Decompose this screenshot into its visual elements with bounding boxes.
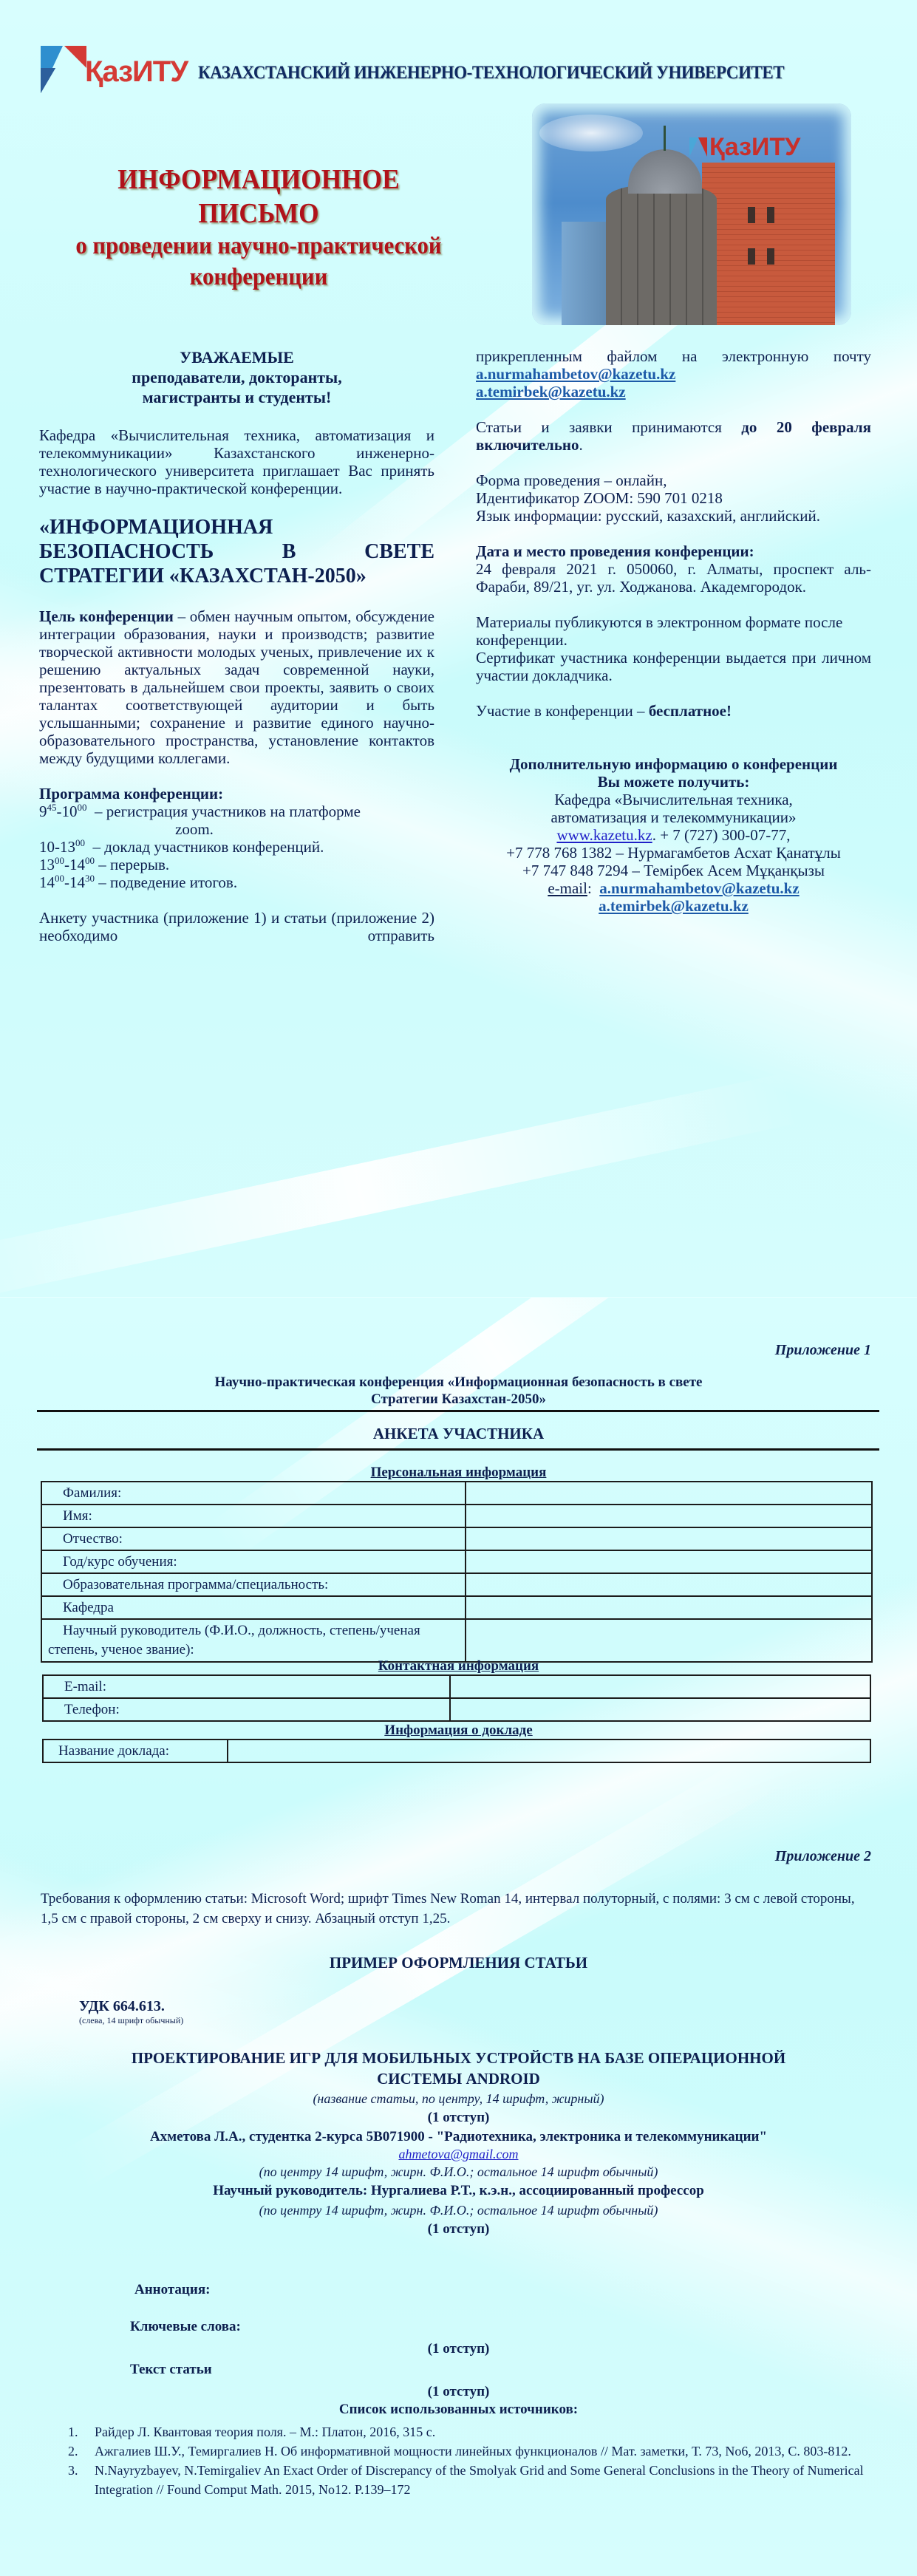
conference-name: «ИНФОРМАЦИОННАЯ БЕЗОПАСНОСТЬ В СВЕТЕ СТР… (39, 515, 434, 588)
article-text-label: Текст статьи (130, 2362, 426, 2378)
background-swoosh (0, 1072, 799, 1297)
website-link[interactable]: www.kazetu.kz (556, 826, 652, 844)
contact-info-table: E-mail:Телефон: (42, 1674, 871, 1722)
email-link-temirbek[interactable]: a.temirbek@kazetu.kz (476, 383, 626, 401)
field-input[interactable] (466, 1574, 871, 1595)
appendix-page: Приложение 1 Научно-практическая конфере… (0, 1297, 917, 2576)
reference-item: 3.N.Nayryzbayev, N.Temirgaliev An Exact … (68, 2461, 881, 2499)
field-input[interactable] (466, 1482, 871, 1504)
dept-line-2: автоматизация и телекоммуникации» (476, 808, 871, 826)
program-item: 10-1300 – доклад участников конференций. (39, 838, 434, 856)
indent-note: (1 отступ) (0, 2108, 917, 2127)
field-input-cell[interactable] (466, 1482, 872, 1505)
conf-title-line-1: Научно-практическая конференция «Информа… (0, 1374, 917, 1391)
field-label: E-mail: (43, 1675, 450, 1698)
formatting-requirements: Требования к оформлению статьи: Microsof… (41, 1889, 876, 1929)
contact-info-row: Телефон: (43, 1698, 870, 1721)
program-time: 1300-1400 (39, 856, 95, 873)
field-label: Имя: (41, 1505, 466, 1527)
publication-info: Материалы публикуются в электронном форм… (476, 613, 871, 684)
personal-info-row: Имя: (41, 1505, 872, 1527)
language-line: Язык информации: русский, казахский, анг… (476, 507, 871, 525)
divider (37, 1448, 879, 1451)
personal-info-row: Отчество: (41, 1527, 872, 1550)
article-title-line-1: ПРОЕКТИРОВАНИЕ ИГР ДЛЯ МОБИЛЬНЫХ УСТРОЙС… (0, 2048, 917, 2068)
university-name: КАЗАХСТАНСКИЙ ИНЖЕНЕРНО-ТЕХНОЛОГИЧЕСКИЙ … (198, 63, 784, 84)
format-info: Форма проведения – онлайн, Идентификатор… (476, 471, 871, 525)
reference-number: 1. (68, 2422, 95, 2442)
title-line-3: конференции (59, 262, 457, 293)
author-note: (по центру 14 шрифт, жирн. Ф.И.О.; остал… (0, 2162, 917, 2181)
field-label: Отчество: (41, 1527, 466, 1550)
reference-text: Райдер Л. Квантовая теория поля. – М.: П… (95, 2422, 435, 2442)
field-label: Образовательная программа/специальность: (41, 1573, 466, 1596)
conference-name-line-2: СТРАТЕГИИ «КАЗАХСТАН-2050» (39, 565, 367, 587)
personal-info-row: Кафедра (41, 1596, 872, 1619)
field-input[interactable] (466, 1505, 871, 1527)
field-input-cell[interactable] (466, 1550, 872, 1573)
conference-name-line-1: «ИНФОРМАЦИОННАЯ БЕЗОПАСНОСТЬ В СВЕТЕ (39, 515, 434, 564)
email-separator: : (587, 879, 599, 897)
udk-note: (слева, 14 шрифт обычный) (79, 2015, 522, 2026)
contact-title-line-1: Дополнительную информацию о конференции (476, 755, 871, 773)
references-list: 1.Райдер Л. Квантовая теория поля. – М.:… (68, 2422, 881, 2499)
right-column: прикрепленным файлом на электронную почт… (476, 347, 871, 915)
field-input-cell[interactable] (466, 1527, 872, 1550)
field-label: Научный руководитель (Ф.И.О., должность,… (41, 1619, 466, 1662)
phone-temirbek: +7 747 848 7294 – Темірбек Асем Мұқанқыз… (476, 862, 871, 879)
deadline-text: Статьи и заявки принимаются до 20 феврал… (476, 418, 871, 454)
zoom-id-line: Идентификатор ZOOM: 590 701 0218 (476, 489, 871, 507)
field-input[interactable] (228, 1740, 870, 1762)
title-line-2: о проведении научно-практической (59, 231, 457, 262)
sign-logo-icon (689, 137, 707, 157)
program-desc: – перерыв. (95, 856, 169, 873)
send-instructions-cont: прикрепленным файлом на электронную почт… (476, 347, 871, 365)
date-place-text: 24 февраля 2021 г. 050060, г. Алматы, пр… (476, 560, 871, 596)
goal-label: Цель конференции (39, 607, 174, 625)
field-input[interactable] (466, 1551, 871, 1572)
contact-info-row: E-mail: (43, 1675, 870, 1698)
personal-info-title: Персональная информация (0, 1465, 917, 1481)
field-input-cell[interactable] (228, 1740, 870, 1762)
deadline-prefix: Статьи и заявки принимаются (476, 418, 741, 436)
certificate-text: Сертификат участника конференции выдаетс… (476, 649, 871, 684)
indent-note: (1 отступ) (0, 2220, 917, 2239)
kazitu-logo-icon (41, 46, 86, 93)
field-input-cell[interactable] (466, 1619, 872, 1662)
program-item: 1300-1400 – перерыв. (39, 856, 434, 873)
keywords-label: Ключевые слова: (130, 2319, 426, 2335)
program: Программа конференции: 945-1000 – регист… (39, 785, 434, 891)
report-info-row: Название доклада: (43, 1740, 870, 1762)
greeting-line: магистранты и студенты! (39, 387, 434, 407)
field-input-cell[interactable] (450, 1698, 870, 1721)
field-input-cell[interactable] (450, 1675, 870, 1698)
field-label: Кафедра (41, 1596, 466, 1619)
program-item: 1400-1430 – подведение итогов. (39, 873, 434, 891)
contact-info-title: Контактная информация (0, 1658, 917, 1674)
supervisor-note: (по центру 14 шрифт, жирн. Ф.И.О.; остал… (0, 2201, 917, 2220)
university-header: ҚазИТУ КАЗАХСТАНСКИЙ ИНЖЕНЕРНО-ТЕХНОЛОГИ… (41, 46, 835, 93)
program-time: 10-1300 (39, 838, 85, 856)
conf-title-line-2: Стратегии Казахстан-2050» (0, 1391, 917, 1408)
goal-text: – обмен научным опытом, обсуждение интег… (39, 607, 434, 767)
program-time: 1400-1430 (39, 873, 95, 891)
info-letter-page: ҚазИТУ КАЗАХСТАНСКИЙ ИНЖЕНЕРНО-ТЕХНОЛОГИ… (0, 0, 917, 1297)
field-label: Фамилия: (41, 1482, 466, 1505)
udk: УДК 664.613. (79, 1998, 522, 2015)
article-title-line-2: СИСТЕМЫ ANDROID (0, 2068, 917, 2089)
program-time: 945-1000 (39, 803, 87, 820)
personal-info-table: Фамилия:Имя:Отчество:Год/курс обучения:О… (41, 1481, 873, 1663)
reference-text: Ажгалиев Ш.У., Темиргалиев Н. Об информа… (95, 2442, 851, 2461)
personal-info-row: Образовательная программа/специальность: (41, 1573, 872, 1596)
reference-item: 2.Ажгалиев Ш.У., Темиргалиев Н. Об инфор… (68, 2442, 881, 2461)
deadline-suffix: . (579, 436, 583, 454)
greeting-line: преподаватели, докторанты, (39, 367, 434, 387)
field-input-cell[interactable] (466, 1596, 872, 1619)
field-input[interactable] (466, 1597, 871, 1618)
greeting-line: УВАЖАЕМЫЕ (39, 347, 434, 367)
email-link-nurmahambetov[interactable]: a.nurmahambetov@kazetu.kz (476, 365, 675, 383)
personal-info-row: Год/курс обучения: (41, 1550, 872, 1573)
field-input[interactable] (466, 1620, 871, 1661)
program-title: Программа конференции: (39, 785, 434, 803)
conference-goal: Цель конференции – обмен научным опытом,… (39, 607, 434, 767)
phone-nurmagambetov: +7 778 768 1382 – Нурмагамбетов Асхат Қа… (476, 844, 871, 862)
contact-title-line-2: Вы можете получить: (476, 773, 871, 791)
reference-text: N.Nayryzbayev, N.Temirgaliev An Exact Or… (95, 2461, 881, 2499)
program-desc: – доклад участников конференций. (85, 838, 324, 856)
appendix-2-label: Приложение 2 (775, 1848, 871, 1865)
dept-line-1: Кафедра «Вычислительная техника, (476, 791, 871, 808)
report-info-title: Информация о докладе (0, 1723, 917, 1739)
supervisor-line: Научный руководитель: Нургалиева Р.Т., к… (0, 2181, 917, 2201)
program-desc: – подведение итогов. (95, 873, 237, 891)
report-info-table: Название доклада: (42, 1739, 871, 1763)
format-line: Форма проведения – онлайн, (476, 471, 871, 489)
field-input[interactable] (466, 1528, 871, 1550)
materials-text: Материалы публикуются в электронном форм… (476, 613, 871, 649)
appendix-1-label: Приложение 1 (775, 1342, 871, 1359)
reference-number: 2. (68, 2442, 95, 2461)
indent-note: (1 отступ) (0, 2382, 917, 2402)
references-title: Список использованных источников: (0, 2402, 917, 2418)
main-phone: . + 7 (727) 300-07-77, (652, 826, 791, 844)
invitation-text: Кафедра «Вычислительная техника, автомат… (39, 426, 434, 497)
field-input[interactable] (451, 1676, 870, 1697)
program-desc-cont: zoom. (39, 820, 434, 838)
left-column: УВАЖАЕМЫЕ преподаватели, докторанты, маг… (39, 347, 434, 944)
field-input-cell[interactable] (466, 1505, 872, 1527)
field-input[interactable] (451, 1699, 870, 1720)
title-note: (название статьи, по центру, 14 шрифт, ж… (0, 2089, 917, 2108)
date-place-title: Дата и место проведения конференции: (476, 542, 871, 560)
author-line: Ахметова Л.А., студентка 2-курса 5В07190… (0, 2127, 917, 2147)
field-label: Год/курс обучения: (41, 1550, 466, 1573)
contact-block: Дополнительную информацию о конференции … (476, 755, 871, 915)
logo-text: ҚазИТУ (85, 55, 188, 89)
udk-block: УДК 664.613. (слева, 14 шрифт обычный) (79, 1998, 522, 2026)
greeting: УВАЖАЕМЫЕ преподаватели, докторанты, маг… (39, 347, 434, 407)
building-sign: ҚазИТУ (709, 133, 800, 162)
field-label: Название доклада: (43, 1740, 228, 1762)
form-title: АНКЕТА УЧАСТНИКА (0, 1425, 917, 1443)
form-conference-title: Научно-практическая конференция «Информа… (0, 1374, 917, 1408)
example-title: ПРИМЕР ОФОРМЛЕНИЯ СТАТЬИ (0, 1954, 917, 1972)
fee-text: Участие в конференции – бесплатное! (476, 702, 871, 720)
fee-prefix: Участие в конференции – (476, 702, 649, 720)
program-item: 945-1000 – регистрация участников на пла… (39, 803, 434, 820)
email-label: e-mail (548, 879, 587, 897)
contact-email-nurmahambetov[interactable]: a.nurmahambetov@kazetu.kz (599, 879, 799, 897)
field-label: Телефон: (43, 1698, 450, 1721)
personal-info-row: Научный руководитель (Ф.И.О., должность,… (41, 1619, 872, 1662)
program-desc: – регистрация участников на платформе (87, 803, 361, 820)
university-building-photo: ҚазИТУ (532, 103, 851, 325)
reference-number: 3. (68, 2461, 95, 2499)
personal-info-row: Фамилия: (41, 1482, 872, 1505)
contact-email-temirbek[interactable]: a.temirbek@kazetu.kz (599, 897, 749, 915)
title-line-1: ИНФОРМАЦИОННОЕ ПИСЬМО (59, 163, 457, 231)
field-input-cell[interactable] (466, 1573, 872, 1596)
author-email-link[interactable]: ahmetova@gmail.com (398, 2147, 518, 2161)
indent-note: (1 отступ) (0, 2340, 917, 2359)
annotation-label: Аннотация: (134, 2282, 430, 2298)
divider (37, 1410, 879, 1412)
send-instructions: Анкету участника (приложение 1) и статьи… (39, 909, 434, 944)
date-place: Дата и место проведения конференции: 24 … (476, 542, 871, 596)
article-example: ПРОЕКТИРОВАНИЕ ИГР ДЛЯ МОБИЛЬНЫХ УСТРОЙС… (0, 2048, 917, 2239)
reference-item: 1.Райдер Л. Квантовая теория поля. – М.:… (68, 2422, 881, 2442)
fee-value: бесплатное! (649, 702, 732, 720)
letter-title: ИНФОРМАЦИОННОЕ ПИСЬМО о проведении научн… (44, 163, 473, 293)
